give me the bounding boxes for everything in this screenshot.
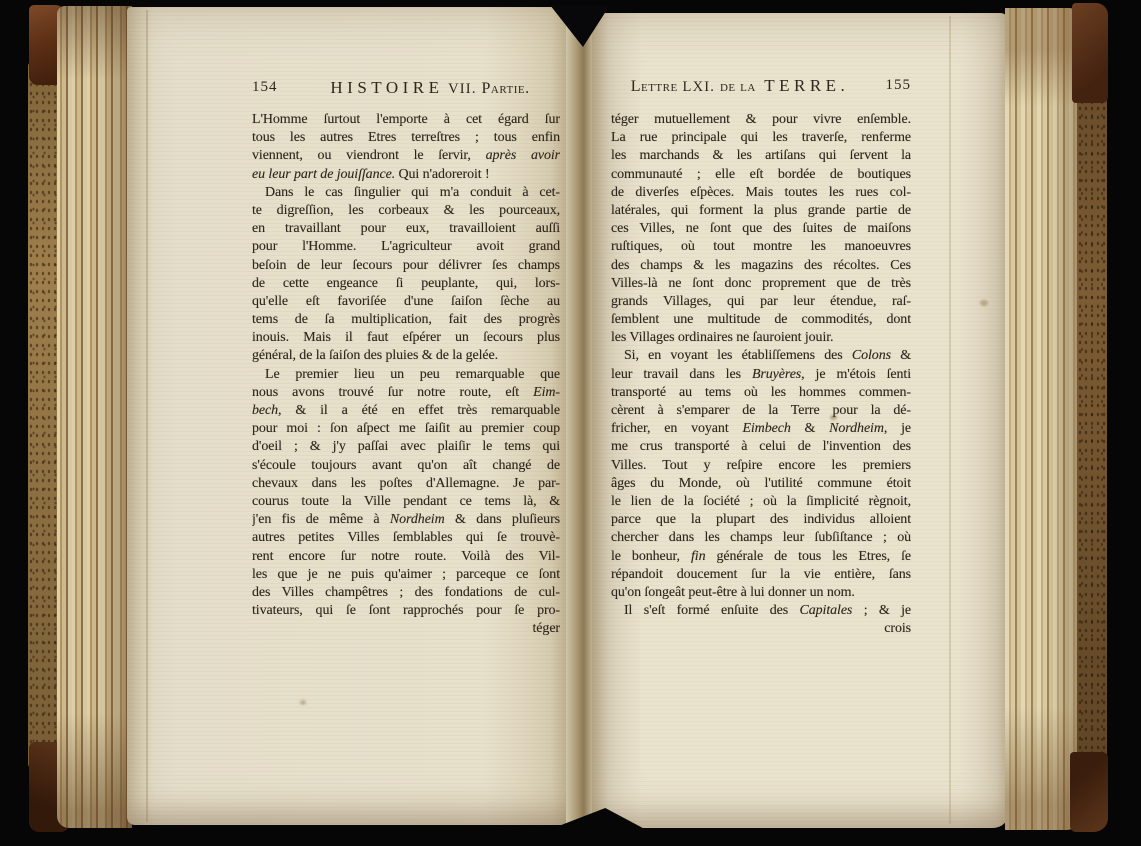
text-run: chevaux dans les poſtes d'Allemagne. Je … (252, 476, 560, 491)
left-page-header: 154 HISTOIRE VII. Partie. (252, 78, 560, 98)
text-line: autres petites Villes ſemblables qui ſe … (252, 529, 560, 547)
text-run: La rue principale qui les traverſe, renf… (611, 130, 911, 145)
text-run: inouis. Mais il faut eſpérer un ſecours … (252, 330, 560, 345)
text-run: & dans pluſieurs (445, 512, 560, 527)
text-run: Il s'eſt formé enſuite des (624, 603, 800, 618)
text-line: général, de la ſaiſon des pluies & de la… (252, 347, 560, 365)
text-line: leur travail dans les Bruyères, je m'éto… (611, 366, 911, 384)
text-run: beſoin de leur ſecours pour délivrer ſes… (252, 258, 560, 273)
text-run: des Villes champêtres ; des fondations d… (252, 585, 560, 600)
text-line: La rue principale qui les traverſe, renf… (611, 129, 911, 147)
italic-text-run: Capitales (800, 603, 853, 618)
right-page-text-column: téger mutuellement & pour vivre enſemble… (611, 111, 911, 638)
text-run: leur travail dans les (611, 367, 752, 382)
running-title-segment: Partie. (481, 80, 529, 97)
text-run: les marchands & les artiſans qui ſervent… (611, 148, 911, 163)
text-line: L'Homme ſurtout l'emporte à cet égard ſu… (252, 111, 560, 129)
text-run: chercher dans les champs leur ſubſiſtanc… (611, 530, 911, 545)
text-line: inouis. Mais il faut eſpérer un ſecours … (252, 329, 560, 347)
text-line: ces Villes, ne ſont que des ſuites de ma… (611, 220, 911, 238)
text-run: qu'elle eſt favoriſée d'une ſaiſon ſèche… (252, 294, 560, 309)
foxing-spot (300, 700, 306, 705)
book-photo: 154 HISTOIRE VII. Partie. L'Homme ſurtou… (0, 0, 1141, 846)
italic-text-run: Eimbech (742, 421, 790, 436)
running-title-segment: de la (720, 78, 756, 95)
text-line: tous les autres Etres terreſtres ; tous … (252, 129, 560, 147)
text-line: pour l'Homme. L'agriculteur avoit grand (252, 238, 560, 256)
text-line: qu'elle eſt favoriſée d'une ſaiſon ſèche… (252, 293, 560, 311)
text-run: Le premier lieu un peu remarquable que (265, 367, 560, 382)
italic-text-run: Colons (852, 348, 891, 363)
text-line: en travaillant pour eux, travailloient a… (252, 220, 560, 238)
text-line: ruſtiques, où tout montre les manoeuvres (611, 238, 911, 256)
text-line: parce que la plupart des individus alloi… (611, 511, 911, 529)
left-running-title: HISTOIRE VII. Partie. (252, 78, 560, 98)
left-page-crease (146, 10, 148, 822)
text-line: me crus transporté à celui de l'inventio… (611, 438, 911, 456)
italic-text-run: Nordheim (390, 512, 445, 527)
text-run: j'en fis de même à (252, 512, 390, 527)
right-cover-leather-bottom (1070, 752, 1108, 832)
text-run: , je m'étois ſenti (801, 367, 911, 382)
text-line: te digreſſion, les corbeaux & les pource… (252, 202, 560, 220)
right-cover-board (1077, 5, 1107, 830)
text-line: rent encore ſur notre route. Voilà des V… (252, 548, 560, 566)
text-run: Dans le cas ſingulier qui m'a conduit à … (265, 185, 560, 200)
text-line: répandoit doucement ſur la vie entière, … (611, 566, 911, 584)
text-run: le lien de la ſociété ; où la ſimplicité… (611, 494, 911, 509)
text-line: j'en fis de même à Nordheim & dans pluſi… (252, 511, 560, 529)
text-line: Il s'eſt formé enſuite des Capitales ; &… (611, 602, 911, 620)
text-line: des champs & les magazins des récoltes. … (611, 257, 911, 275)
text-line: Le premier lieu un peu remarquable que (252, 366, 560, 384)
text-run: transporté au tems où les hommes commen- (611, 385, 911, 400)
italic-text-run: fin (691, 549, 705, 564)
right-running-title: Lettre LXI. de la TERRE. (611, 76, 869, 96)
text-run: & (791, 421, 829, 436)
text-run: Villes. Tout y reſpire encore les premie… (611, 458, 911, 473)
text-run: s'écoule toujours avant qu'on aît changé… (252, 458, 560, 473)
text-line: Villes-là ne ſont donc proprement que de… (611, 275, 911, 293)
text-line: d'oeil ; & j'y paſſai avec plaiſir le te… (252, 438, 560, 456)
text-run: générale de tous les Etres, ſe (705, 549, 911, 564)
text-run: parce que la plupart des individus alloi… (611, 512, 911, 527)
italic-text-run: Bruyères (752, 367, 801, 382)
text-run: des champs & les magazins des récoltes. … (611, 258, 911, 273)
text-run: général, de la ſaiſon des pluies & de la… (252, 348, 498, 363)
text-run: L'Homme ſurtout l'emporte à cet égard ſu… (252, 112, 560, 127)
text-line: bech, & il a été en effet très remarquab… (252, 402, 560, 420)
text-run: ruſtiques, où tout montre les manoeuvres (611, 239, 911, 254)
text-line: de cette engeance ſi peuplante, qui, lor… (252, 275, 560, 293)
right-page-number: 155 (886, 77, 912, 94)
right-page-fore-edge (1005, 8, 1081, 830)
text-line: latérales, qui forment la plus grande pa… (611, 202, 911, 220)
text-run: cèrent à s'emparer de la Terre pour la d… (611, 403, 911, 418)
text-run: tivateurs, qui ſe ſont rapprochés pour ſ… (252, 603, 560, 618)
text-run: me crus transporté à celui de l'inventio… (611, 439, 911, 454)
text-run: ces Villes, ne ſont que des ſuites de ma… (611, 221, 911, 236)
text-run: en travaillant pour eux, travailloient a… (252, 221, 560, 236)
text-line: pour moi : ſon aſpect me ſaiſit au premi… (252, 420, 560, 438)
text-line: ſemblent une multitude de commodités, do… (611, 311, 911, 329)
text-run: grands Villages, qui par leur étendue, r… (611, 294, 911, 309)
right-page-header: Lettre LXI. de la TERRE. 155 (611, 76, 911, 96)
text-run: fricher, en voyant (611, 421, 742, 436)
text-run: le bonheur, (611, 549, 691, 564)
text-run: tems de ſa multiplication, fait des prog… (252, 312, 560, 327)
text-line: les marchands & les artiſans qui ſervent… (611, 147, 911, 165)
text-run: ; & je (852, 603, 911, 618)
text-line: s'écoule toujours avant qu'on aît changé… (252, 457, 560, 475)
text-run: de cette engeance ſi peuplante, qui, lor… (252, 276, 560, 291)
text-run: crois (884, 621, 911, 636)
catchword: crois (611, 620, 911, 638)
text-run: âges du Monde, où l'utilité commune étoi… (611, 476, 911, 491)
text-run: viennent, ou viendront le ſervir, (252, 148, 486, 163)
running-title-segment: Lettre (631, 78, 678, 95)
left-page-fore-edge (57, 6, 132, 828)
text-run: autres petites Villes ſemblables qui ſe … (252, 530, 560, 545)
italic-text-run: eu leur part de jouiſſance. (252, 167, 395, 182)
text-run: les Villages ordinaires ne ſauroient jou… (611, 330, 833, 345)
text-line: Si, en voyant les établiſſemens des Colo… (611, 347, 911, 365)
text-run: les que je ne puis qu'aimer ; parceque c… (252, 567, 560, 582)
text-line: Dans le cas ſingulier qui m'a conduit à … (252, 184, 560, 202)
text-line: fricher, en voyant Eimbech & Nordheim, j… (611, 420, 911, 438)
text-run: Si, en voyant les établiſſemens des (624, 348, 852, 363)
text-line: communauté ; elle eſt bordée de boutique… (611, 166, 911, 184)
running-title-segment: TERRE. (756, 76, 850, 95)
text-line: cèrent à s'emparer de la Terre pour la d… (611, 402, 911, 420)
text-run: Villes-là ne ſont donc proprement que de… (611, 276, 911, 291)
text-line: le bonheur, fin générale de tous les Etr… (611, 548, 911, 566)
text-run: courus toute la Ville pendant ce tems là… (252, 494, 560, 509)
text-run: Qui n'adoreroit ! (395, 167, 489, 182)
text-line: courus toute la Ville pendant ce tems là… (252, 493, 560, 511)
italic-text-run: Eim- (533, 385, 560, 400)
running-title-segment: VII. (444, 81, 482, 97)
text-run: & (891, 348, 911, 363)
text-run: pour l'Homme. L'agriculteur avoit grand (252, 239, 560, 254)
text-line: chevaux dans les poſtes d'Allemagne. Je … (252, 475, 560, 493)
text-line: des Villes champêtres ; des fondations d… (252, 584, 560, 602)
text-run: répandoit doucement ſur la vie entière, … (611, 567, 911, 582)
text-line: les Villages ordinaires ne ſauroient jou… (611, 329, 911, 347)
text-line: Villes. Tout y reſpire encore les premie… (611, 457, 911, 475)
text-line: tems de ſa multiplication, fait des prog… (252, 311, 560, 329)
catchword: téger (252, 620, 560, 638)
text-run: téger mutuellement & pour vivre enſemble… (611, 112, 911, 127)
text-line: transporté au tems où les hommes commen- (611, 384, 911, 402)
italic-text-run: après avoir (486, 148, 560, 163)
text-run: rent encore ſur notre route. Voilà des V… (252, 549, 560, 564)
text-line: âges du Monde, où l'utilité commune étoi… (611, 475, 911, 493)
text-line: eu leur part de jouiſſance. Qui n'adorer… (252, 166, 560, 184)
text-line: nous avons trouvé ſur notre route, eſt E… (252, 384, 560, 402)
text-line: le lien de la ſociété ; où la ſimplicité… (611, 493, 911, 511)
text-run: tous les autres Etres terreſtres ; tous … (252, 130, 560, 145)
text-run: , & il a été en effet très remarquable (278, 403, 560, 418)
text-line: téger mutuellement & pour vivre enſemble… (611, 111, 911, 129)
right-cover-leather-top (1072, 3, 1108, 103)
left-page-text-column: L'Homme ſurtout l'emporte à cet égard ſu… (252, 111, 560, 638)
text-line: beſoin de leur ſecours pour délivrer ſes… (252, 257, 560, 275)
text-run: te digreſſion, les corbeaux & les pource… (252, 203, 560, 218)
text-line: de diverſes eſpèces. Mais toutes les rue… (611, 184, 911, 202)
foxing-spot (980, 300, 988, 306)
text-run: ſemblent une multitude de commodités, do… (611, 312, 911, 327)
text-run: d'oeil ; & j'y paſſai avec plaiſir le te… (252, 439, 560, 454)
text-line: les que je ne puis qu'aimer ; parceque c… (252, 566, 560, 584)
text-run: qu'on ſongeât peut-être à lui donner un … (611, 585, 855, 600)
text-run: pour moi : ſon aſpect me ſaiſit au premi… (252, 421, 560, 436)
text-line: qu'on ſongeât peut-être à lui donner un … (611, 584, 911, 602)
italic-text-run: bech (252, 403, 278, 418)
text-line: chercher dans les champs leur ſubſiſtanc… (611, 529, 911, 547)
text-line: viennent, ou viendront le ſervir, après … (252, 147, 560, 165)
italic-text-run: Nordheim (829, 421, 884, 436)
text-run: nous avons trouvé ſur notre route, eſt (252, 385, 533, 400)
text-run: téger (533, 621, 560, 636)
text-run: , je (884, 421, 911, 436)
text-run: de diverſes eſpèces. Mais toutes les rue… (611, 185, 911, 200)
running-title-segment: HISTOIRE (330, 78, 443, 97)
text-line: tivateurs, qui ſe ſont rapprochés pour ſ… (252, 602, 560, 620)
running-title-segment: LXI. (678, 79, 720, 95)
text-run: latérales, qui forment la plus grande pa… (611, 203, 911, 218)
text-run: communauté ; elle eſt bordée de boutique… (611, 167, 911, 182)
right-page-crease (949, 16, 951, 824)
text-line: grands Villages, qui par leur étendue, r… (611, 293, 911, 311)
